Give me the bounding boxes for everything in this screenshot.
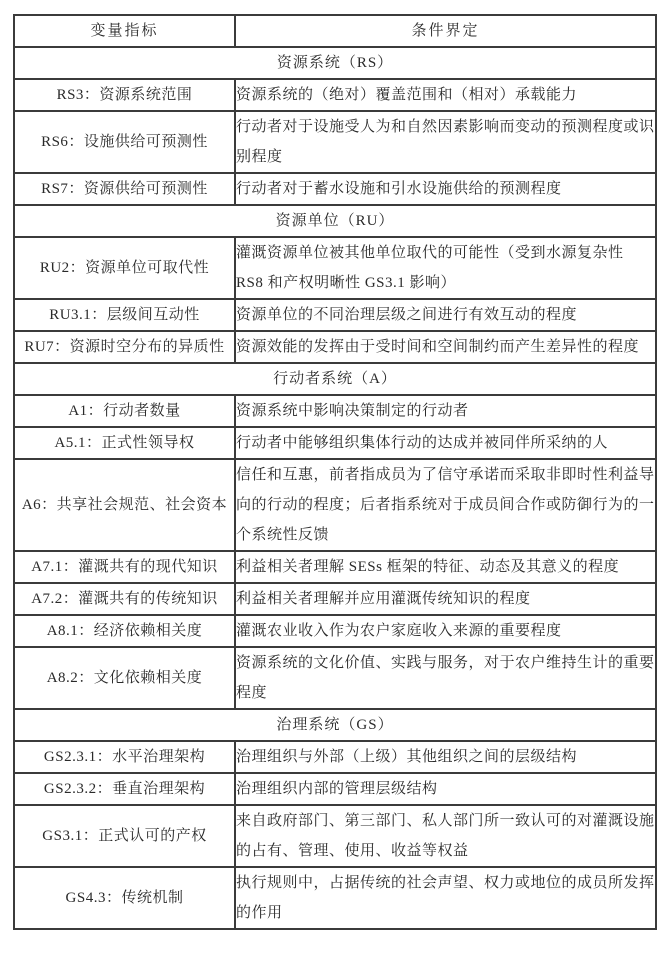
definition-cell: 灌溉资源单位被其他单位取代的可能性（受到水源复杂性 RS8 和产权明晰性 GS3… bbox=[235, 237, 656, 299]
definition-cell: 资源系统的文化价值、实践与服务，对于农户维持生计的重要程度 bbox=[235, 647, 656, 709]
variables-definition-table: 变量指标 条件界定 资源系统（RS） RS3：资源系统范围 资源系统的（绝对）覆… bbox=[13, 14, 657, 930]
document-page: 变量指标 条件界定 资源系统（RS） RS3：资源系统范围 资源系统的（绝对）覆… bbox=[0, 0, 668, 974]
table-row: RS7：资源供给可预测性 行动者对于蓄水设施和引水设施供给的预测程度 bbox=[14, 173, 656, 205]
indicator-cell: A7.1：灌溉共有的现代知识 bbox=[14, 551, 235, 583]
definition-cell: 资源效能的发挥由于受时间和空间制约而产生差异性的程度 bbox=[235, 331, 656, 363]
indicator-cell: GS4.3：传统机制 bbox=[14, 867, 235, 929]
indicator-cell: RU7：资源时空分布的异质性 bbox=[14, 331, 235, 363]
table-row: GS2.3.2：垂直治理架构 治理组织内部的管理层级结构 bbox=[14, 773, 656, 805]
table-row: A1：行动者数量 资源系统中影响决策制定的行动者 bbox=[14, 395, 656, 427]
definition-cell: 灌溉农业收入作为农户家庭收入来源的重要程度 bbox=[235, 615, 656, 647]
table-row: RU3.1：层级间互动性 资源单位的不同治理层级之间进行有效互动的程度 bbox=[14, 299, 656, 331]
section-row-ru: 资源单位（RU） bbox=[14, 205, 656, 237]
definition-cell: 治理组织内部的管理层级结构 bbox=[235, 773, 656, 805]
indicator-cell: A6：共享社会规范、社会资本 bbox=[14, 459, 235, 551]
definition-cell: 来自政府部门、第三部门、私人部门所一致认可的对灌溉设施的占有、管理、使用、收益等… bbox=[235, 805, 656, 867]
definition-cell: 治理组织与外部（上级）其他组织之间的层级结构 bbox=[235, 741, 656, 773]
section-label: 资源单位（RU） bbox=[14, 205, 656, 237]
indicator-cell: A1：行动者数量 bbox=[14, 395, 235, 427]
indicator-cell: GS2.3.1：水平治理架构 bbox=[14, 741, 235, 773]
table-row: GS2.3.1：水平治理架构 治理组织与外部（上级）其他组织之间的层级结构 bbox=[14, 741, 656, 773]
section-row-a: 行动者系统（A） bbox=[14, 363, 656, 395]
table-row: RS6：设施供给可预测性 行动者对于设施受人为和自然因素影响而变动的预测程度或识… bbox=[14, 111, 656, 173]
column-header-definition: 条件界定 bbox=[235, 15, 656, 47]
table-row: GS4.3：传统机制 执行规则中，占据传统的社会声望、权力或地位的成员所发挥的作… bbox=[14, 867, 656, 929]
definition-cell: 信任和互惠，前者指成员为了信守承诺而采取非即时性利益导向的行动的程度；后者指系统… bbox=[235, 459, 656, 551]
section-label: 资源系统（RS） bbox=[14, 47, 656, 79]
section-label: 治理系统（GS） bbox=[14, 709, 656, 741]
table-row: RU2：资源单位可取代性 灌溉资源单位被其他单位取代的可能性（受到水源复杂性 R… bbox=[14, 237, 656, 299]
table-row: A8.2：文化依赖相关度 资源系统的文化价值、实践与服务，对于农户维持生计的重要… bbox=[14, 647, 656, 709]
indicator-cell: RU2：资源单位可取代性 bbox=[14, 237, 235, 299]
table-row: A8.1：经济依赖相关度 灌溉农业收入作为农户家庭收入来源的重要程度 bbox=[14, 615, 656, 647]
indicator-cell: RS6：设施供给可预测性 bbox=[14, 111, 235, 173]
indicator-cell: RU3.1：层级间互动性 bbox=[14, 299, 235, 331]
table-row: RU7：资源时空分布的异质性 资源效能的发挥由于受时间和空间制约而产生差异性的程… bbox=[14, 331, 656, 363]
definition-cell: 资源单位的不同治理层级之间进行有效互动的程度 bbox=[235, 299, 656, 331]
indicator-cell: GS2.3.2：垂直治理架构 bbox=[14, 773, 235, 805]
section-row-gs: 治理系统（GS） bbox=[14, 709, 656, 741]
indicator-cell: A8.2：文化依赖相关度 bbox=[14, 647, 235, 709]
table-header: 变量指标 条件界定 bbox=[14, 15, 656, 47]
indicator-cell: RS3：资源系统范围 bbox=[14, 79, 235, 111]
table-row: A5.1：正式性领导权 行动者中能够组织集体行动的达成并被同伴所采纳的人 bbox=[14, 427, 656, 459]
definition-cell: 利益相关者理解并应用灌溉传统知识的程度 bbox=[235, 583, 656, 615]
indicator-cell: A7.2：灌溉共有的传统知识 bbox=[14, 583, 235, 615]
table-row: GS3.1：正式认可的产权 来自政府部门、第三部门、私人部门所一致认可的对灌溉设… bbox=[14, 805, 656, 867]
indicator-cell: A8.1：经济依赖相关度 bbox=[14, 615, 235, 647]
indicator-cell: RS7：资源供给可预测性 bbox=[14, 173, 235, 205]
table-row: A7.1：灌溉共有的现代知识 利益相关者理解 SESs 框架的特征、动态及其意义… bbox=[14, 551, 656, 583]
indicator-cell: GS3.1：正式认可的产权 bbox=[14, 805, 235, 867]
definition-cell: 行动者对于设施受人为和自然因素影响而变动的预测程度或识别程度 bbox=[235, 111, 656, 173]
table-row: A7.2：灌溉共有的传统知识 利益相关者理解并应用灌溉传统知识的程度 bbox=[14, 583, 656, 615]
column-header-indicator: 变量指标 bbox=[14, 15, 235, 47]
definition-cell: 利益相关者理解 SESs 框架的特征、动态及其意义的程度 bbox=[235, 551, 656, 583]
table-body: 资源系统（RS） RS3：资源系统范围 资源系统的（绝对）覆盖范围和（相对）承载… bbox=[14, 47, 656, 929]
section-label: 行动者系统（A） bbox=[14, 363, 656, 395]
indicator-cell: A5.1：正式性领导权 bbox=[14, 427, 235, 459]
table-row: A6：共享社会规范、社会资本 信任和互惠，前者指成员为了信守承诺而采取非即时性利… bbox=[14, 459, 656, 551]
definition-cell: 执行规则中，占据传统的社会声望、权力或地位的成员所发挥的作用 bbox=[235, 867, 656, 929]
section-row-rs: 资源系统（RS） bbox=[14, 47, 656, 79]
table-row: RS3：资源系统范围 资源系统的（绝对）覆盖范围和（相对）承载能力 bbox=[14, 79, 656, 111]
header-row: 变量指标 条件界定 bbox=[14, 15, 656, 47]
definition-cell: 行动者对于蓄水设施和引水设施供给的预测程度 bbox=[235, 173, 656, 205]
definition-cell: 资源系统的（绝对）覆盖范围和（相对）承载能力 bbox=[235, 79, 656, 111]
definition-cell: 行动者中能够组织集体行动的达成并被同伴所采纳的人 bbox=[235, 427, 656, 459]
definition-cell: 资源系统中影响决策制定的行动者 bbox=[235, 395, 656, 427]
